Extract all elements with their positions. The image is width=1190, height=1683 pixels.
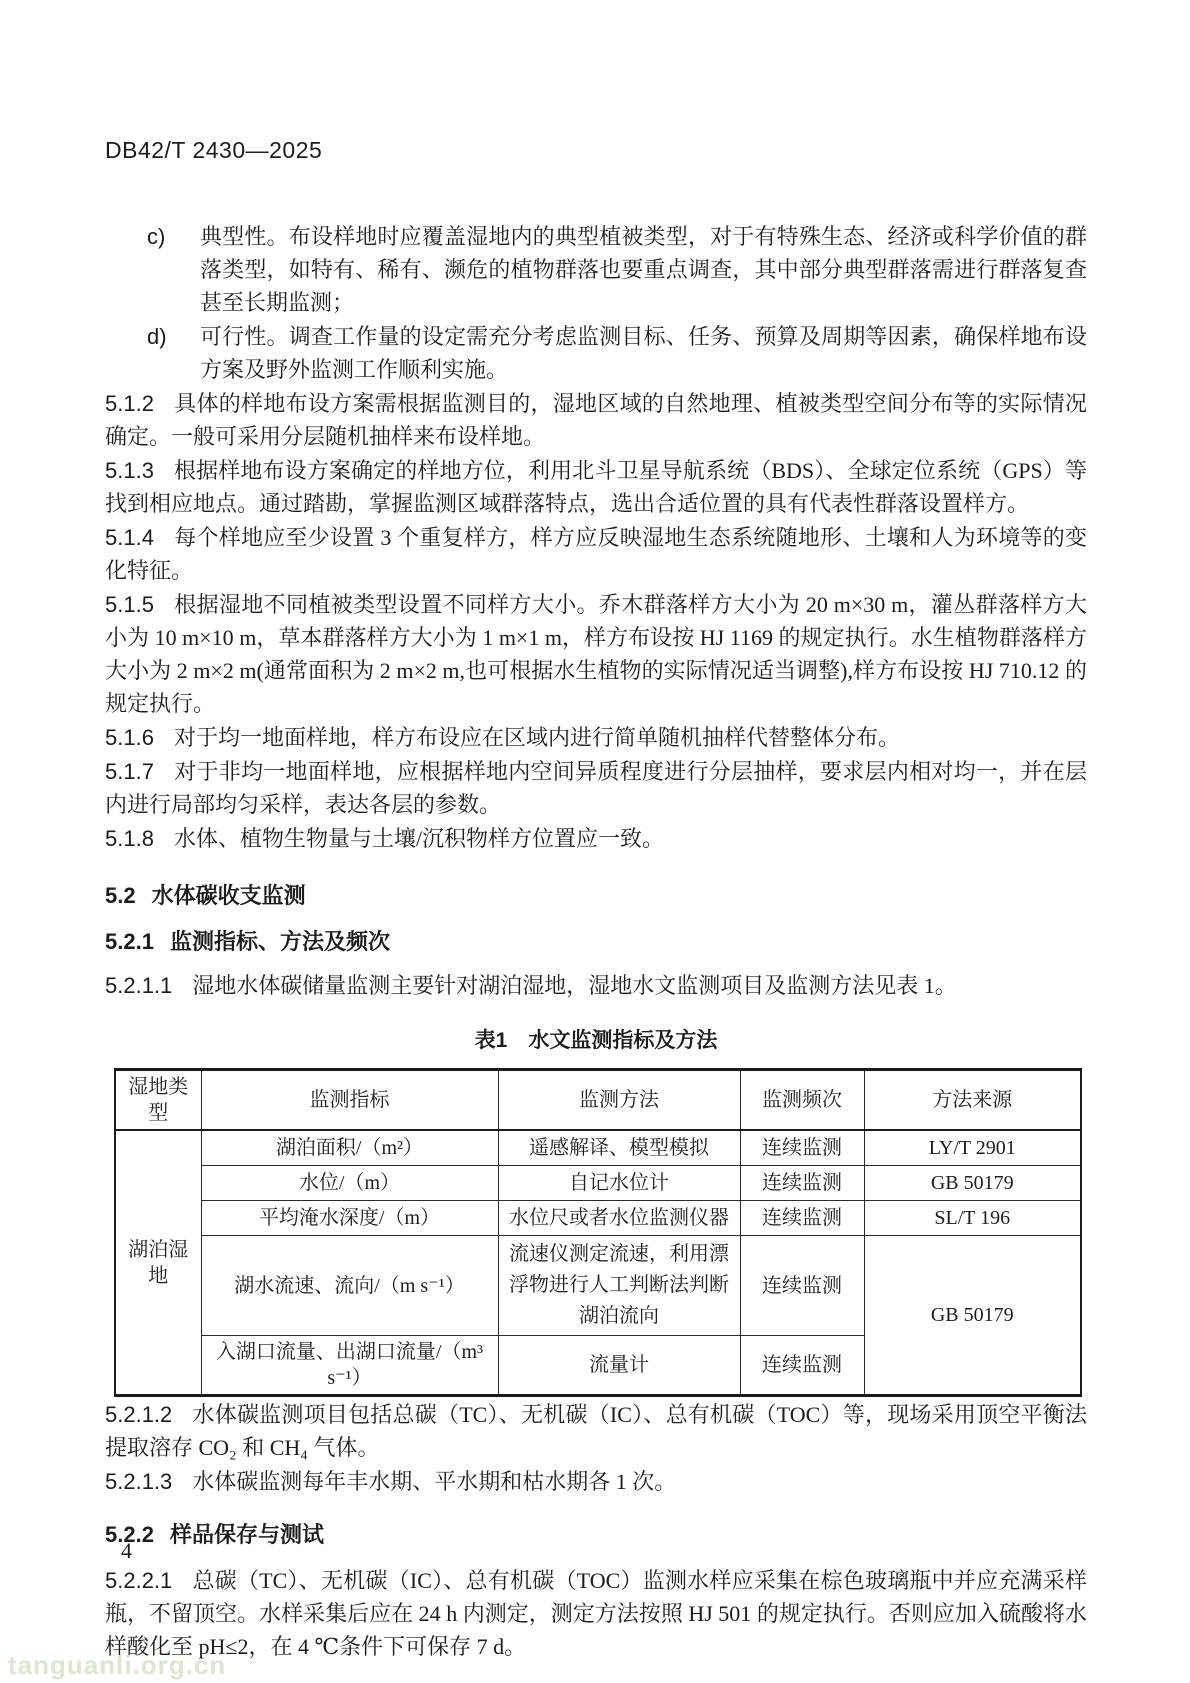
cell-method: 流速仪测定流速，利用漂浮物进行人工判断法判断湖泊流向 [498,1236,740,1336]
clause-text: 水体、植物生物量与土壤/沉积物样方位置应一致。 [174,826,664,851]
header-source: 方法来源 [864,1070,1081,1131]
section-heading-5-2-2: 5.2.2样品保存与测试 [105,1520,1087,1550]
clause-5-1-3: 5.1.3根据样地布设方案确定的样地方位，利用北斗卫星导航系统（BDS）、全球定… [105,454,1087,520]
clause-text: 水体碳监测每年丰水期、平水期和枯水期各 1 次。 [192,1469,676,1494]
clause-number: 5.2.1.2 [105,1402,192,1427]
section-heading-5-2-1: 5.2.1监测指标、方法及频次 [105,927,1087,957]
section-number: 5.2 [105,883,152,908]
clause-text: 根据湿地不同植被类型设置不同样方大小。乔木群落样方大小为 20 m×30 m，灌… [105,592,1087,716]
cell-frequency: 连续监测 [740,1201,864,1236]
header-method: 监测方法 [498,1070,740,1131]
clause-text: 具体的样地布设方案需根据监测目的，湿地区域的自然地理、植被类型空间分布等的实际情… [105,391,1087,449]
document-page: DB42/T 2430—2025 c) 典型性。布设样地时应覆盖湿地内的典型植被… [0,0,1190,1683]
clause-5-1-4: 5.1.4每个样地应至少设置 3 个重复样方，样方应反映湿地生态系统随地形、土壤… [105,521,1087,587]
table-header-row: 湿地类型 监测指标 监测方法 监测频次 方法来源 [115,1070,1081,1131]
clause-5-1-7: 5.1.7对于非均一地面样地，应根据样地内空间异质程度进行分层抽样，要求层内相对… [105,755,1087,821]
clause-text: 湿地水体碳储量监测主要针对湖泊湿地，湿地水文监测项目及监测方法见表 1。 [192,973,957,998]
table-caption: 表1 水文监测指标及方法 [105,1024,1087,1054]
clause-text: 每个样地应至少设置 3 个重复样方，样方应反映湿地生态系统随地形、土壤和人为环境… [105,525,1087,583]
list-item-text: 典型性。布设样地时应覆盖湿地内的典型植被类型，对于有特殊生态、经济或科学价值的群… [200,220,1087,319]
section-number: 5.2.2 [105,1522,170,1547]
cell-source: GB 50179 [864,1236,1081,1396]
clause-5-1-6: 5.1.6对于均一地面样地，样方布设应在区域内进行简单随机抽样代替整体分布。 [105,721,1087,754]
cell-source: SL/T 196 [864,1201,1081,1236]
clause-5-2-1-2: 5.2.1.2水体碳监测项目包括总碳（TC）、无机碳（IC）、总有机碳（TOC）… [105,1398,1087,1464]
header-frequency: 监测频次 [740,1070,864,1131]
standard-number: DB42/T 2430—2025 [105,137,1087,164]
clause-text: 根据样地布设方案确定的样地方位，利用北斗卫星导航系统（BDS）、全球定位系统（G… [105,458,1087,516]
clause-number: 5.1.7 [105,759,174,784]
clause-number: 5.2.1.1 [105,973,192,998]
header-wetland-type: 湿地类型 [115,1070,201,1131]
clause-number: 5.1.4 [105,525,174,550]
list-item-marker: d) [147,320,200,386]
section-title: 监测指标、方法及频次 [170,929,390,954]
list-item-c: c) 典型性。布设样地时应覆盖湿地内的典型植被类型，对于有特殊生态、经济或科学价… [105,220,1087,319]
clause-number: 5.1.8 [105,826,174,851]
cell-indicator: 水位/（m） [201,1166,498,1201]
clause-5-1-5: 5.1.5根据湿地不同植被类型设置不同样方大小。乔木群落样方大小为 20 m×3… [105,588,1087,720]
cell-indicator: 平均淹水深度/（m） [201,1201,498,1236]
cell-frequency: 连续监测 [740,1130,864,1166]
cell-indicator: 入湖口流量、出湖口流量/（m³ s⁻¹） [201,1336,498,1396]
table-row: 湖水流速、流向/（m s⁻¹） 流速仪测定流速，利用漂浮物进行人工判断法判断湖泊… [115,1236,1081,1336]
cell-method: 自记水位计 [498,1166,740,1201]
section-title: 水体碳收支监测 [152,883,306,908]
cell-frequency: 连续监测 [740,1336,864,1396]
cell-frequency: 连续监测 [740,1166,864,1201]
clause-5-2-2-1: 5.2.2.1总碳（TC）、无机碳（IC）、总有机碳（TOC）监测水样应采集在棕… [105,1564,1087,1663]
clause-text: 对于均一地面样地，样方布设应在区域内进行简单随机抽样代替整体分布。 [174,725,900,750]
section-number: 5.2.1 [105,929,170,954]
cell-indicator: 湖水流速、流向/（m s⁻¹） [201,1236,498,1336]
list-item-text: 可行性。调查工作量的设定需充分考虑监测目标、任务、预算及周期等因素，确保样地布设… [200,320,1087,386]
table-row: 平均淹水深度/（m） 水位尺或者水位监测仪器 连续监测 SL/T 196 [115,1201,1081,1236]
table-row: 湖泊湿地 湖泊面积/（m²） 遥感解译、模型模拟 连续监测 LY/T 2901 [115,1130,1081,1166]
watermark-text: tanguanli.org.cn [8,1650,226,1681]
cell-indicator: 湖泊面积/（m²） [201,1130,498,1166]
clause-number: 5.2.1.3 [105,1469,192,1494]
cell-method: 流量计 [498,1336,740,1396]
cell-method: 遥感解译、模型模拟 [498,1130,740,1166]
cell-frequency: 连续监测 [740,1236,864,1336]
table-row: 水位/（m） 自记水位计 连续监测 GB 50179 [115,1166,1081,1201]
clause-text: 总碳（TC）、无机碳（IC）、总有机碳（TOC）监测水样应采集在棕色玻璃瓶中并应… [105,1568,1087,1659]
clause-text: 水体碳监测项目包括总碳（TC）、无机碳（IC）、总有机碳（TOC）等，现场采用顶… [105,1402,1087,1460]
cell-wetland-type: 湖泊湿地 [115,1130,201,1396]
header-indicator: 监测指标 [201,1070,498,1131]
section-heading-5-2: 5.2水体碳收支监测 [105,881,1087,911]
cell-method: 水位尺或者水位监测仪器 [498,1201,740,1236]
cell-source: LY/T 2901 [864,1130,1081,1166]
clause-5-2-1-1: 5.2.1.1湿地水体碳储量监测主要针对湖泊湿地，湿地水文监测项目及监测方法见表… [105,969,1087,1002]
table-hydrology-indicators: 湿地类型 监测指标 监测方法 监测频次 方法来源 湖泊湿地 湖泊面积/（m²） … [114,1068,1082,1397]
clause-number: 5.2.2.1 [105,1568,192,1593]
clause-number: 5.1.5 [105,592,174,617]
cell-source: GB 50179 [864,1166,1081,1201]
clause-text: 对于非均一地面样地，应根据样地内空间异质程度进行分层抽样，要求层内相对均一，并在… [105,759,1087,817]
clause-5-1-8: 5.1.8水体、植物生物量与土壤/沉积物样方位置应一致。 [105,822,1087,855]
page-number: 4 [121,1538,132,1564]
list-item-marker: c) [147,220,200,319]
clause-number: 5.1.3 [105,458,174,483]
clause-5-2-1-3: 5.2.1.3水体碳监测每年丰水期、平水期和枯水期各 1 次。 [105,1465,1087,1498]
page-content: DB42/T 2430—2025 c) 典型性。布设样地时应覆盖湿地内的典型植被… [105,137,1087,1664]
section-title: 样品保存与测试 [170,1522,324,1547]
clause-number: 5.1.6 [105,725,174,750]
clause-number: 5.1.2 [105,391,174,416]
clause-5-1-2: 5.1.2具体的样地布设方案需根据监测目的，湿地区域的自然地理、植被类型空间分布… [105,387,1087,453]
list-item-d: d) 可行性。调查工作量的设定需充分考虑监测目标、任务、预算及周期等因素，确保样… [105,320,1087,386]
